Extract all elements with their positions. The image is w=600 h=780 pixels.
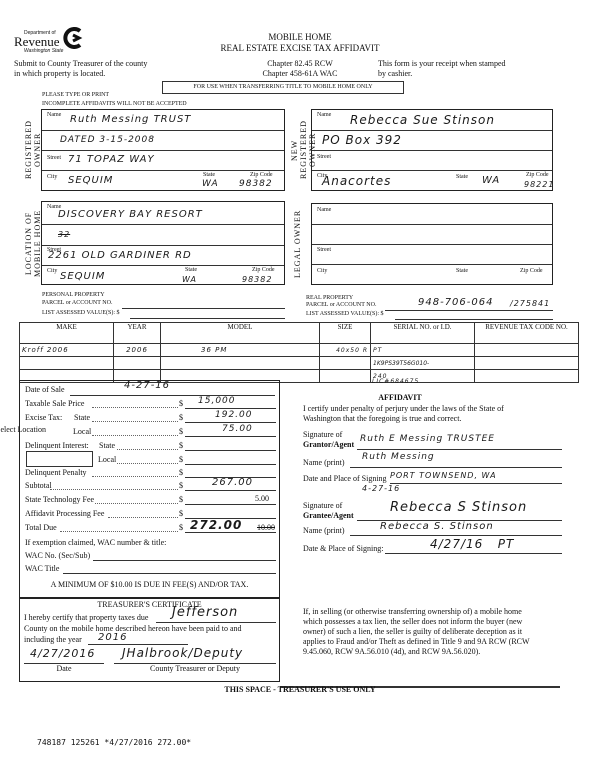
treasurer-text-3: including the year [24,635,82,644]
street-label: Street [47,155,61,161]
real-parcel-line[interactable] [385,310,553,311]
treasurer-signature-label: County Treasurer or Deputy [114,664,276,673]
location-name[interactable]: DISCOVERY BAY RESORT [58,209,203,220]
minimum-due-note: A MINIMUM OF $10.00 IS DUE IN FEE(S) AND… [19,580,280,589]
receipt-note-2: by cashier. [378,69,412,78]
dollar-sign: $ [179,509,183,518]
revenue-code-cell[interactable] [475,357,579,370]
dollar-sign: $ [179,399,183,408]
form-title-2: REAL ESTATE EXCISE TAX AFFIDAVIT [0,43,600,53]
personal-parcel-label: PARCEL or ACCOUNT NO. [42,300,112,306]
zip-label: Zip Code [252,267,275,273]
delinquent-interest-state-label: State [99,441,115,450]
grantor-date[interactable]: 4-27-16 [362,484,400,493]
treasurer-certificate-title: TREASURER'S CERTIFICATE [19,600,280,609]
mobile-home-table: MAKE YEAR MODEL SIZE SERIAL NO. or I.D. … [19,322,579,383]
subtotal-value[interactable]: 267.00 [212,477,253,488]
affidavit-text-2: Washington that the foregoing is true an… [303,414,461,423]
warning-line: applies to Fraud and/or Theft as defined… [303,637,530,647]
warning-line: 9.45.060, RCW 9A.56.010 (4d), and RCW 9A… [303,647,530,657]
grantee-signature[interactable]: Rebecca S Stinson [390,500,527,515]
chapter-wac: Chapter 458-61A WAC [240,69,360,78]
personal-parcel-line[interactable] [122,308,285,309]
select-location-dropdown[interactable]: Select Location [0,425,66,434]
grantee-date-place[interactable]: 4/27/16 PT [430,537,514,551]
instruction-incomplete: INCOMPLETE AFFIDAVITS WILL NOT BE ACCEPT… [42,101,187,107]
registered-owner-city[interactable]: SEQUIM [68,175,113,186]
col-make: MAKE [20,323,114,344]
treasurer-county[interactable]: Jefferson [172,605,238,620]
table-row: Kroff 2006 2006 36 PM 40x50 R PT [20,344,579,357]
total-due-value[interactable]: 272.00 [190,518,242,532]
registered-owner-label: REGISTEREDOWNER [24,110,42,190]
total-due-label: Total Due [25,523,57,532]
new-owner-state[interactable]: WA [482,175,500,186]
treasurer-date-label: Date [24,664,104,673]
delinquent-interest-label: Delinquent Interest: [25,441,89,450]
grantor-place[interactable]: PORT TOWNSEND, WA [390,471,497,480]
wac-title-field[interactable] [63,573,276,574]
treasurer-signature[interactable]: JHalbrook/Deputy [122,646,243,660]
revenue-code-cell[interactable] [475,344,579,357]
affidavit-fee-label: Affidavit Processing Fee [25,509,104,518]
serial-cell[interactable]: PT [371,344,475,357]
grantor-signature[interactable]: Ruth E Messing TRUSTEE [360,434,495,444]
registered-owner-state[interactable]: WA [202,179,219,189]
personal-assessed-label: LIST ASSESSED VALUE(S): $ [42,310,120,316]
excise-tax-label: Excise Tax: [25,413,62,422]
title-transfer-banner: FOR USE WHEN TRANSFERRING TITLE TO MOBIL… [162,81,404,94]
dollar-sign: $ [179,495,183,504]
grantor-signature-label-1: Signature of [303,430,342,439]
grantee-signature-label-2: Grantee/Agent [303,511,354,520]
revenue-code-cell[interactable] [475,370,579,383]
street-label: Street [317,154,331,160]
registered-owner-box: Name Ruth Messing TRUST DATED 3-15-2008 … [41,109,285,191]
real-parcel-label: PARCEL or ACCOUNT NO. [306,302,376,308]
location-box: Name DISCOVERY BAY RESORT 32 Street 2261… [41,201,285,285]
excise-state-label: State [74,413,90,422]
wac-title-label: WAC Title [25,564,59,573]
tax-lien-warning: If, in selling (or otherwise transferrin… [303,607,530,657]
col-serial: SERIAL NO. or I.D. [371,323,475,344]
real-assessed-line[interactable] [395,319,553,320]
dollar-sign: $ [179,523,183,532]
zip-label: Zip Code [526,172,549,178]
year-cell[interactable] [114,357,161,370]
city-label: City [47,268,57,274]
zip-label: Zip Code [250,172,273,178]
date-of-sale-value[interactable]: 4-27-16 [124,380,170,391]
real-parcel-number[interactable]: 948-706-064 [418,297,493,308]
state-label: State [456,174,468,180]
model-cell[interactable]: 36 PM [161,344,320,357]
zip-label: Zip Code [520,268,543,274]
location-label: LOCATION OFMOBILE HOME [24,203,42,283]
new-owner-box: Name Rebecca Sue Stinson PO Box 392 Stre… [311,109,553,191]
col-model: MODEL [161,323,320,344]
real-assessed-label: LIST ASSESSED VALUE(S): $ [306,311,384,317]
state-label: State [203,172,215,178]
tech-fee-value: 5.00 [255,494,269,503]
license-note: LIC#684675 [372,378,419,385]
size-cell[interactable] [320,357,371,370]
location-street[interactable]: 2261 OLD GARDINER RD [48,250,192,261]
registered-owner-street[interactable]: 71 TOPAZ WAY [68,154,155,165]
grantee-name-label: Name (print) [303,526,345,535]
delinquent-interest-state-field[interactable] [185,450,276,451]
real-property-label: REAL PROPERTY [306,295,353,301]
subtotal-label: Subtotal [25,481,52,490]
treasurer-year[interactable]: 2016 [98,632,127,643]
location-city[interactable]: SEQUIM [60,271,105,282]
delinquent-penalty-label: Delinquent Penalty [25,468,87,477]
new-owner-name-line2[interactable]: PO Box 392 [322,133,402,147]
model-cell[interactable] [161,357,320,370]
excise-local-value[interactable]: 75.00 [222,424,253,434]
new-owner-name[interactable]: Rebecca Sue Stinson [350,113,495,127]
delinquent-location-input[interactable] [26,451,93,467]
treasurer-use-only-label: THIS SPACE - TREASURER'S USE ONLY [0,685,600,694]
col-year: YEAR [114,323,161,344]
taxable-price-label: Taxable Sale Price [25,399,84,408]
state-label: State [456,268,468,274]
personal-assessed-line[interactable] [130,318,285,319]
receipt-stamp: 748187 125261 *4/27/2016 272.00* [37,738,191,747]
col-revenue-code: REVENUE TAX CODE NO. [475,323,579,344]
dollar-sign: $ [179,413,183,422]
dollar-sign: $ [179,481,183,490]
city-label: City [47,174,57,180]
warning-line: owner) of such a lien, the seller is gui… [303,627,530,637]
location-state[interactable]: WA [182,275,197,284]
name-label: Name [47,112,61,118]
chapter-rcw: Chapter 82.45 RCW [240,59,360,68]
grantor-name-label: Name (print) [303,458,345,467]
make-cell[interactable] [20,357,114,370]
grantee-date-place-label: Date & Place of Signing: [303,544,383,553]
year-cell[interactable]: 2006 [114,344,161,357]
name-label: Name [317,207,331,213]
grantee-name[interactable]: Rebecca S. Stinson [380,521,494,532]
tech-fee-label: State Technology Fee [25,495,94,504]
total-due-struck: 10.00 [257,523,275,532]
form-title-1: MOBILE HOME [0,32,600,42]
new-owner-city[interactable]: Anacortes [322,174,391,188]
excise-state-value[interactable]: 192.00 [215,410,253,420]
dollar-sign: $ [179,455,183,464]
instruction-type-print: PLEASE TYPE OR PRINT [42,92,109,98]
receipt-note-1: This form is your receipt when stamped [378,59,506,68]
table-row: 1K9PS39T56G010- [20,357,579,370]
location-zip[interactable]: 98382 [242,275,272,284]
wac-no-label: WAC No. (Sec/Sub) [25,551,90,560]
serial-cell[interactable]: 1K9PS39T56G010- [371,357,475,370]
city-label: City [317,268,327,274]
make-cell[interactable]: Kroff 2006 [20,344,114,357]
grantor-date-place-label: Date and Place of Signing [303,474,387,483]
legal-owner-label: LEGAL OWNER [293,208,302,280]
wac-no-field[interactable] [93,560,276,561]
size-cell[interactable]: 40x50 R [320,344,371,357]
date-of-sale-label: Date of Sale [25,385,65,394]
grantee-signature-label-1: Signature of [303,501,342,510]
real-parcel-extra[interactable]: /275841 [510,299,550,308]
taxable-price-value[interactable]: 15,000 [198,396,236,406]
dollar-sign: $ [179,427,183,436]
col-size: SIZE [320,323,371,344]
warning-line: which possesses a tax lien, the seller d… [303,617,530,627]
new-owner-zip[interactable]: 98221 [524,180,554,189]
street-label: Street [317,247,331,253]
exemption-label: If exemption claimed, WAC number & title… [25,538,166,547]
personal-property-label: PERSONAL PROPERTY [42,292,105,298]
table-header-row: MAKE YEAR MODEL SIZE SERIAL NO. or I.D. … [20,323,579,344]
registered-owner-name[interactable]: Ruth Messing TRUST [70,114,191,125]
delinquent-interest-local-label: Local [98,455,116,464]
size-cell[interactable] [320,370,371,383]
submit-note-1: Submit to County Treasurer of the county [14,59,147,68]
treasurer-date[interactable]: 4/27/2016 [30,647,95,660]
name-label: Name [317,112,331,118]
registered-owner-zip[interactable]: 98382 [239,179,273,189]
submit-note-2: in which property is located. [14,69,105,78]
location-name-line2[interactable]: 32 [58,230,70,239]
treasurer-text-1: I hereby certify that property taxes due [24,613,148,622]
grantor-name[interactable]: Ruth Messing [362,452,435,462]
affidavit-title: AFFIDAVIT [300,393,500,402]
state-label: State [185,267,197,273]
dollar-sign: $ [179,441,183,450]
treasurer-text-2: County on the mobile home described here… [24,624,242,633]
excise-local-label: Local [73,427,91,436]
dollar-sign: $ [179,468,183,477]
legal-owner-box: Name Street City State Zip Code [311,203,553,285]
registered-owner-name-line2[interactable]: DATED 3-15-2008 [60,135,155,145]
affidavit-text-1: I certify under penalty of perjury under… [303,404,504,413]
warning-line: If, in selling (or otherwise transferrin… [303,607,530,617]
grantor-signature-label-2: Grantor/Agent [303,440,354,449]
delinquent-interest-local-field[interactable] [185,464,276,465]
